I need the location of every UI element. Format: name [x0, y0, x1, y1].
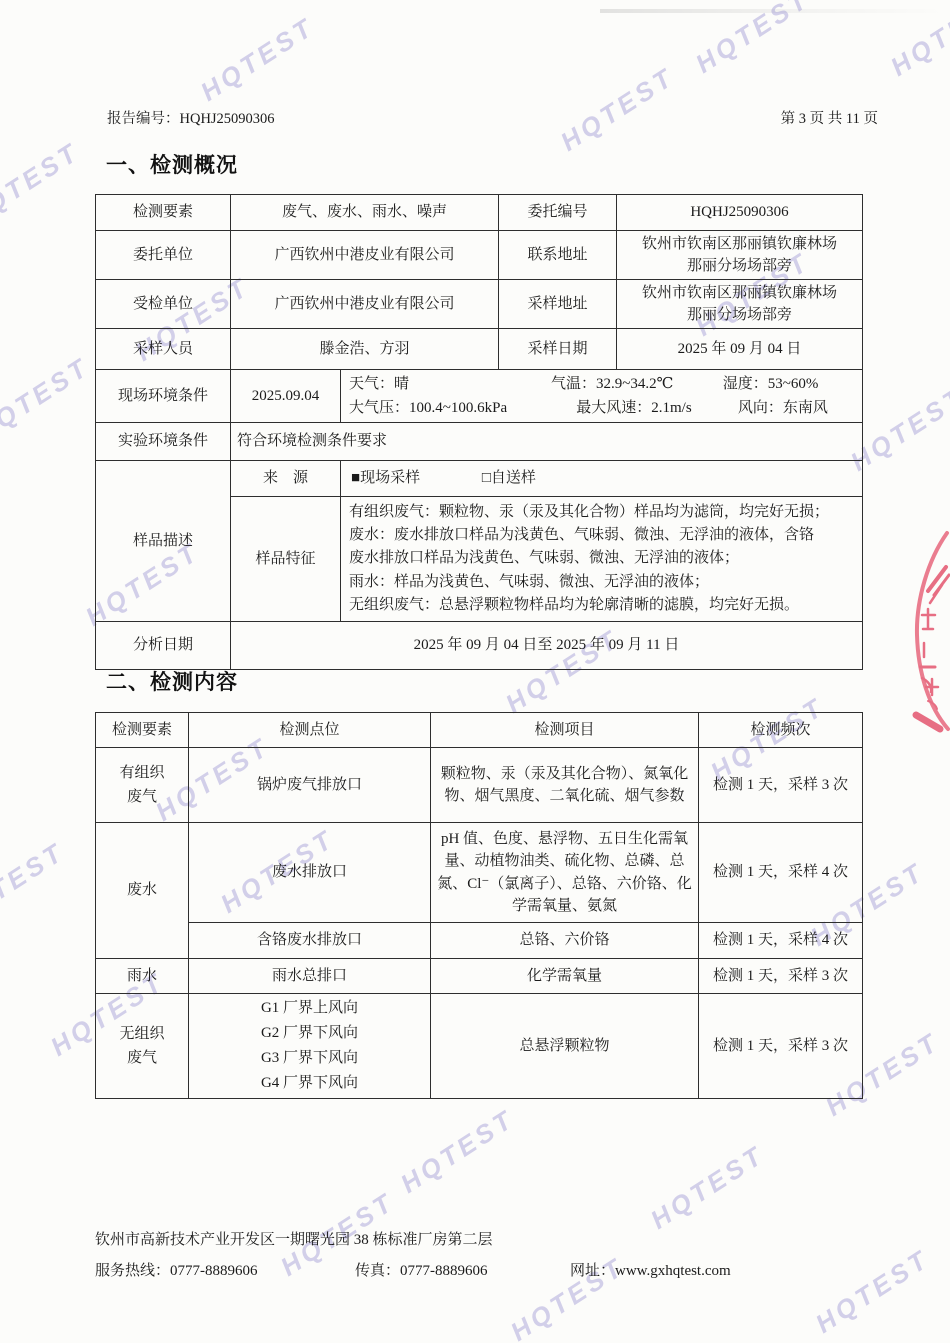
cell-items-organized-gas: 颗粒物、汞（汞及其化合物）、氮氧化物、烟气黑度、二氧化硫、烟气参数 [431, 748, 699, 823]
cell-contact-address-value: 钦州市钦南区那丽镇钦廉林场 那丽分场场部旁 [617, 231, 863, 280]
cell-source-label: 来 源 [231, 461, 341, 497]
env-wind-direction: 风向：东南风 [738, 396, 854, 420]
page-header: 报告编号：HQHJ25090306 第 3 页 共 11 页 [107, 107, 878, 128]
checkbox-empty-icon: □ [482, 470, 491, 486]
cell-sampler-label: 采样人员 [96, 329, 231, 370]
cell-element-rainwater: 雨水 [96, 959, 189, 994]
feature-line: 有组织废气：颗粒物、汞（汞及其化合物）样品均为滤筒，均完好无损； [349, 501, 854, 524]
address-line: 钦州市钦南区那丽镇钦廉林场 [623, 282, 856, 304]
section-title-content: 二、检测内容 [106, 666, 238, 696]
red-seal-edge [902, 515, 950, 740]
cell-point-chromium-outlet: 含铬废水排放口 [189, 923, 431, 959]
env-weather: 天气：晴 [349, 372, 551, 396]
table-row: 废水 废水排放口 pH 值、色度、悬浮物、五日生化需氧量、动植物油类、硫化物、总… [96, 823, 863, 923]
footer-contacts: 服务热线：0777-8889606 传真：0777-8889606 网址：www… [95, 1259, 815, 1283]
source-option-label: 自送样 [491, 470, 536, 486]
element-line: 有组织 [102, 761, 182, 785]
cell-sampling-address-label: 采样地址 [499, 280, 617, 329]
table-row: 样品描述 来 源 ■现场采样 □自送样 [96, 461, 863, 497]
source-option-label: 现场采样 [360, 470, 420, 486]
boundary-point: G3 厂界下风向 [195, 1046, 424, 1071]
table-row: 受检单位 广西钦州中港皮业有限公司 采样地址 钦州市钦南区那丽镇钦廉林场 那丽分… [96, 280, 863, 329]
header-test-frequency: 检测频次 [699, 713, 863, 748]
element-line: 废气 [102, 1046, 182, 1070]
table-header-row: 检测要素 检测点位 检测项目 检测频次 [96, 713, 863, 748]
footer-address: 钦州市高新技术产业开发区一期曙光园 38 栋标准厂房第二层 [95, 1228, 815, 1252]
address-line: 那丽分场场部旁 [623, 304, 856, 326]
overview-table: 检测要素 废气、废水、雨水、噪声 委托编号 HQHJ25090306 委托单位 … [95, 194, 863, 670]
footer-fax: 传真：0777-8889606 [355, 1259, 570, 1283]
watermark-text: HQTEST [0, 351, 95, 448]
table-row: 雨水 雨水总排口 化学需氧量 检测 1 天，采样 3 次 [96, 959, 863, 994]
watermark-text: HQTEST [0, 136, 85, 233]
cell-point-wastewater-outlet: 废水排放口 [189, 823, 431, 923]
cell-frequency: 检测 1 天，采样 3 次 [699, 748, 863, 823]
table-row: 采样人员 滕金浩、方羽 采样日期 2025 年 09 月 04 日 [96, 329, 863, 370]
boundary-point: G4 厂界下风向 [195, 1071, 424, 1096]
cell-commission-no-label: 委托编号 [499, 195, 617, 231]
watermark-text: HQTEST [885, 0, 950, 83]
address-line: 那丽分场场部旁 [623, 255, 856, 277]
cell-contact-address-label: 联系地址 [499, 231, 617, 280]
env-max-wind: 最大风速：2.1m/s [576, 396, 738, 420]
cell-site-env-label: 现场环境条件 [96, 370, 231, 423]
header-test-items: 检测项目 [431, 713, 699, 748]
report-page: HQTESTHQTESTHQTESTHQTESTHQTESTHQTESTHQTE… [0, 0, 950, 1343]
cell-point-boiler-outlet: 锅炉废气排放口 [189, 748, 431, 823]
footer-hotline: 服务热线：0777-8889606 [95, 1259, 355, 1283]
cell-inspected-unit-label: 受检单位 [96, 280, 231, 329]
table-row: 委托单位 广西钦州中港皮业有限公司 联系地址 钦州市钦南区那丽镇钦廉林场 那丽分… [96, 231, 863, 280]
address-line: 钦州市钦南区那丽镇钦廉林场 [623, 233, 856, 255]
cell-commission-no-value: HQHJ25090306 [617, 195, 863, 231]
cell-sampling-address-value: 钦州市钦南区那丽镇钦廉林场 那丽分场场部旁 [617, 280, 863, 329]
cell-items-wastewater: pH 值、色度、悬浮物、五日生化需氧量、动植物油类、硫化物、总磷、总氮、Cl⁻（… [431, 823, 699, 923]
cell-client-value: 广西钦州中港皮业有限公司 [231, 231, 499, 280]
cell-client-label: 委托单位 [96, 231, 231, 280]
watermark-text: HQTEST [395, 1103, 520, 1200]
table-row: 检测要素 废气、废水、雨水、噪声 委托编号 HQHJ25090306 [96, 195, 863, 231]
source-option: □自送样 [482, 470, 536, 486]
feature-line: 雨水：样品为浅黄色、气味弱、微浊、无浮油的液体； [349, 571, 854, 594]
env-pressure: 大气压：100.4~100.6kPa [349, 396, 576, 420]
cell-sampler-value: 滕金浩、方羽 [231, 329, 499, 370]
cell-frequency: 检测 1 天，采样 3 次 [699, 959, 863, 994]
cell-analysis-date-value: 2025 年 09 月 04 日至 2025 年 09 月 11 日 [231, 622, 863, 670]
header-test-point: 检测点位 [189, 713, 431, 748]
checkbox-checked-icon: ■ [351, 470, 360, 486]
watermark-text: HQTEST [810, 1243, 935, 1340]
cell-element-wastewater: 废水 [96, 823, 189, 959]
watermark-text: HQTEST [0, 836, 70, 933]
table-row: 现场环境条件 2025.09.04 天气：晴 气温：32.9~34.2℃ 湿度：… [96, 370, 863, 423]
watermark-text: HQTEST [690, 0, 815, 80]
cell-sample-desc-label: 样品描述 [96, 461, 231, 622]
page-footer: 钦州市高新技术产业开发区一期曙光园 38 栋标准厂房第二层 服务热线：0777-… [95, 1228, 815, 1283]
cell-point-rainwater-outlet: 雨水总排口 [189, 959, 431, 994]
feature-line: 废水：废水排放口样品为浅黄色、气味弱、微浊、无浮油的液体，含铬 [349, 524, 854, 547]
element-line: 无组织 [102, 1022, 182, 1046]
element-line: 废气 [102, 785, 182, 809]
header-test-element: 检测要素 [96, 713, 189, 748]
footer-website: 网址：www.gxhqtest.com [570, 1259, 731, 1283]
cell-test-elements-value: 废气、废水、雨水、噪声 [231, 195, 499, 231]
cell-element-organized-gas: 有组织 废气 [96, 748, 189, 823]
env-humidity: 湿度：53~60% [723, 372, 854, 396]
table-row: 实验环境条件 符合环境检测条件要求 [96, 423, 863, 461]
section-title-overview: 一、检测概况 [106, 149, 238, 179]
cell-sampling-date-value: 2025 年 09 月 04 日 [617, 329, 863, 370]
env-temperature: 气温：32.9~34.2℃ [551, 372, 723, 396]
cell-element-fugitive-gas: 无组织 废气 [96, 994, 189, 1099]
content-table: 检测要素 检测点位 检测项目 检测频次 有组织 废气 锅炉废气排放口 颗粒物、汞… [95, 712, 863, 1099]
table-row: 有组织 废气 锅炉废气排放口 颗粒物、汞（汞及其化合物）、氮氧化物、烟气黑度、二… [96, 748, 863, 823]
cell-items-rainwater: 化学需氧量 [431, 959, 699, 994]
cell-lab-env-label: 实验环境条件 [96, 423, 231, 461]
env-line: 大气压：100.4~100.6kPa 最大风速：2.1m/s 风向：东南风 [349, 396, 854, 420]
cell-test-elements-label: 检测要素 [96, 195, 231, 231]
cell-frequency: 检测 1 天，采样 4 次 [699, 823, 863, 923]
cell-sample-feature-label: 样品特征 [231, 497, 341, 622]
table-row: 含铬废水排放口 总铬、六价铬 检测 1 天，采样 4 次 [96, 923, 863, 959]
cell-site-env-conditions: 天气：晴 气温：32.9~34.2℃ 湿度：53~60% 大气压：100.4~1… [341, 370, 863, 423]
feature-line: 废水排放口样品为浅黄色、气味弱、微浊、无浮油的液体； [349, 547, 854, 570]
boundary-point: G2 厂界下风向 [195, 1021, 424, 1046]
source-option: ■现场采样 [351, 470, 420, 486]
cell-sampling-date-label: 采样日期 [499, 329, 617, 370]
table-row: 无组织 废气 G1 厂界上风向 G2 厂界下风向 G3 厂界下风向 G4 厂界下… [96, 994, 863, 1099]
boundary-point: G1 厂界上风向 [195, 996, 424, 1021]
watermark-text: HQTEST [645, 1139, 770, 1236]
cell-lab-env-value: 符合环境检测条件要求 [231, 423, 863, 461]
watermark-text: HQTEST [195, 11, 320, 108]
cell-sample-feature-value: 有组织废气：颗粒物、汞（汞及其化合物）样品均为滤筒，均完好无损； 废水：废水排放… [341, 497, 863, 622]
cell-site-env-date: 2025.09.04 [231, 370, 341, 423]
table-row: 分析日期 2025 年 09 月 04 日至 2025 年 09 月 11 日 [96, 622, 863, 670]
cell-points-boundary: G1 厂界上风向 G2 厂界下风向 G3 厂界下风向 G4 厂界下风向 [189, 994, 431, 1099]
report-number: 报告编号：HQHJ25090306 [107, 107, 275, 128]
page-indicator: 第 3 页 共 11 页 [781, 107, 878, 128]
env-line: 天气：晴 气温：32.9~34.2℃ 湿度：53~60% [349, 372, 854, 396]
cell-frequency: 检测 1 天，采样 3 次 [699, 994, 863, 1099]
cell-inspected-unit-value: 广西钦州中港皮业有限公司 [231, 280, 499, 329]
cell-frequency: 检测 1 天，采样 4 次 [699, 923, 863, 959]
cell-source-options: ■现场采样 □自送样 [341, 461, 863, 497]
feature-line: 无组织废气：总悬浮颗粒物样品均为轮廓清晰的滤膜，均完好无损。 [349, 594, 854, 617]
cell-items-tsp: 总悬浮颗粒物 [431, 994, 699, 1099]
cell-analysis-date-label: 分析日期 [96, 622, 231, 670]
cell-items-chromium: 总铬、六价铬 [431, 923, 699, 959]
